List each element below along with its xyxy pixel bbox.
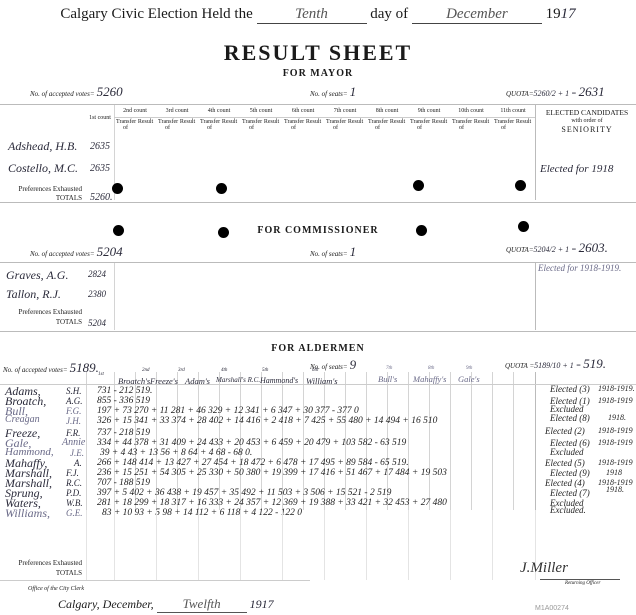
candidate-initials: J.H. <box>66 416 81 426</box>
transfer-header: Transfer of <box>326 119 345 131</box>
archive-id: M1A00274 <box>535 605 569 612</box>
commissioner-count-table: Graves, A.G. 2824 Tallon, R.J. 2380 Pref… <box>0 263 636 330</box>
election-heading: Calgary Civic Election Held the Tenth da… <box>0 6 636 24</box>
transfer-header: Transfer of <box>368 119 387 131</box>
candidate-initials: A. <box>74 458 82 468</box>
mayor-quota: QUOTA=5260/2 + 1 =2631 <box>506 84 605 100</box>
grid-line <box>408 510 409 580</box>
grid-line <box>450 510 451 580</box>
candidate-name: Costello, M.C. <box>8 161 78 176</box>
totals-value: 5204 <box>88 318 106 328</box>
mayor-accepted-votes: No. of accepted votes=5260 <box>30 84 123 100</box>
election-status: Excluded. <box>550 505 586 515</box>
commissioner-accepted-votes: No. of accepted votes=5204 <box>30 244 123 260</box>
transfer-header: Transfer of <box>494 119 513 131</box>
count-progression: 281 + 18 299 + 18 317 + 16 333 + 24 357 … <box>97 498 447 508</box>
count-progression: 737 - 218 519 <box>97 428 150 438</box>
candidate-initials: R.C. <box>66 478 82 488</box>
transfer-header: Transfer of <box>158 119 177 131</box>
candidate-initials: F.J. <box>66 468 79 478</box>
count-header: 2nd count <box>114 108 156 114</box>
election-term: 1918-1919. <box>598 384 635 393</box>
count-header: 8th count <box>366 108 408 114</box>
election-term: 1918-1919 <box>598 458 633 467</box>
punch-hole <box>216 183 227 194</box>
candidate-initials: P.D. <box>66 488 81 498</box>
grid-line <box>492 510 493 580</box>
commissioner-section-title: FOR COMMISSIONER <box>0 225 636 236</box>
first-count-value: 2824 <box>88 269 106 279</box>
election-status: Elected (5) <box>545 458 585 468</box>
commissioner-seats: No. of seats=1 <box>310 244 356 260</box>
transfer-header: Transfer of <box>284 119 303 131</box>
grid-line <box>324 510 325 580</box>
year-suffix: 17 <box>561 6 576 22</box>
result-header: Result <box>387 119 408 125</box>
mayor-count-table: 1st count 2nd count 3rd count 4th count … <box>0 105 636 200</box>
candidate-surname: Williams, <box>5 506 50 521</box>
footer-year: 1917 <box>250 597 274 611</box>
mayor-elected-note: Elected for 1918 <box>540 163 613 175</box>
divider <box>0 331 636 332</box>
transfer-order: 6th <box>312 368 318 373</box>
transfer-order: 3rd <box>178 368 185 373</box>
grid-line <box>535 263 536 330</box>
table-row: Creagan J.H. 326 + 15 341 + 33 374 + 28 … <box>0 416 636 427</box>
transfer-header: Transfer of <box>116 119 135 131</box>
count-progression: 334 + 44 378 + 31 409 + 24 433 + 20 453 … <box>97 438 406 448</box>
candidate-initials: W.B. <box>66 498 83 508</box>
punch-hole <box>112 183 123 194</box>
transfer-column-header: Mahaffy's <box>413 374 446 384</box>
grid-line <box>114 263 115 330</box>
count-progression: 397 + 5 402 + 36 438 + 19 457 + 35 492 +… <box>97 488 391 498</box>
election-status: Elected (2) <box>545 426 585 436</box>
result-header: Result <box>471 119 492 125</box>
divider <box>0 580 310 581</box>
transfer-column-header: Marshall's R.C. <box>216 376 260 384</box>
totals-label: TOTALS <box>0 318 82 326</box>
transfer-column-header: Broatch's <box>118 376 150 386</box>
grid-line <box>366 510 367 580</box>
exhausted-label: Preferences Exhausted <box>0 185 82 193</box>
count-progression: 236 + 15 251 + 54 305 + 25 330 + 50 380 … <box>97 468 447 478</box>
count-progression: 326 + 15 341 + 33 374 + 28 402 + 14 416 … <box>97 416 437 426</box>
result-header: Result <box>219 119 240 125</box>
election-status: Elected (8) <box>550 413 590 423</box>
year-prefix: 19 <box>546 6 561 22</box>
sub-header-row: Transfer of Result Transfer of Result Tr… <box>114 119 535 131</box>
election-status: Elected (9) <box>550 468 590 478</box>
count-header: 9th count <box>408 108 450 114</box>
office-label: Office of the City Clerk <box>28 586 84 592</box>
count-progression: 39 + 4 43 + 13 56 + 8 64 + 4 68 - 68 0. <box>100 448 252 458</box>
first-count-header: 1st count <box>86 115 114 121</box>
mayor-seats: No. of seats=1 <box>310 84 356 100</box>
grid-line <box>535 105 536 200</box>
election-status: Elected (4) <box>545 478 585 488</box>
mayor-section-title: FOR MAYOR <box>0 68 636 79</box>
transfer-column-header: Gale's <box>458 374 480 384</box>
candidate-initials: S.H. <box>66 386 82 396</box>
election-term: 1918 <box>606 468 622 477</box>
count-header: 4th count <box>198 108 240 114</box>
punch-hole <box>413 180 424 191</box>
totals-label: TOTALS <box>0 569 82 577</box>
transfer-column-header: Hammond's <box>260 376 298 385</box>
aldermen-quota: QUOTA =5189/10 + 1 =519. <box>505 356 606 372</box>
result-header: Result <box>345 119 366 125</box>
election-term: 1918. <box>606 485 624 494</box>
count-header: 7th count <box>324 108 366 114</box>
result-header: Result <box>429 119 450 125</box>
footer-day: Twelfth <box>157 596 247 613</box>
election-term: 1918. <box>608 413 626 422</box>
candidate-surname: Creagan <box>5 414 40 425</box>
transfer-column-header: Bull's <box>378 374 397 384</box>
election-status: Elected (7) <box>550 488 590 498</box>
first-count-value: 2635 <box>90 163 110 174</box>
result-header: Result <box>261 119 282 125</box>
election-day: Tenth <box>257 6 367 24</box>
first-count-value: 2380 <box>88 289 106 299</box>
commissioner-quota: QUOTA=5204/2 + 1 =2603. <box>506 240 608 256</box>
count-progression: 855 - 336 519 <box>97 396 150 406</box>
signature-line <box>540 579 620 580</box>
election-term: 1918-1919 <box>598 438 633 447</box>
transfer-order: 1st <box>98 372 104 377</box>
returning-officer-label: Returning Officer <box>565 581 600 586</box>
returning-officer-signature: J.Miller <box>520 560 568 577</box>
empty-grid <box>86 510 536 580</box>
punch-hole <box>515 180 526 191</box>
election-status: Elected (3) <box>550 384 590 394</box>
transfer-header: Transfer of <box>200 119 219 131</box>
transfer-header: Transfer of <box>410 119 429 131</box>
transfer-order: 9th <box>466 366 472 371</box>
transfer-order: 4th <box>221 368 227 373</box>
grid-line <box>198 510 199 580</box>
first-count-value: 2635 <box>90 141 110 152</box>
result-header: Result <box>135 119 156 125</box>
commissioner-elected-note: Elected for 1918-1919. <box>538 263 621 273</box>
count-header: 5th count <box>240 108 282 114</box>
grid-line <box>114 510 115 580</box>
election-term: 1918-1919 <box>598 396 633 405</box>
page-title: RESULT SHEET <box>0 40 636 66</box>
election-status: Excluded <box>550 447 583 457</box>
grid-line <box>282 510 283 580</box>
count-progression: 197 + 73 270 + 11 281 + 46 329 + 12 341 … <box>97 406 359 416</box>
aldermen-section-title: FOR ALDERMEN <box>0 343 636 354</box>
grid-line <box>86 510 87 580</box>
count-progression: 731 - 212 519. <box>97 386 152 396</box>
elected-subheader: with order of <box>538 118 636 124</box>
elected-header: ELECTED CANDIDATES <box>538 108 636 117</box>
transfer-order: 2nd <box>142 368 150 373</box>
footer-date: Calgary, December, Twelfth 1917 <box>58 596 274 613</box>
grid-line <box>240 510 241 580</box>
result-header: Result <box>177 119 198 125</box>
heading-day-of: day of <box>370 6 408 22</box>
election-term: 1918-1919 <box>598 426 633 435</box>
candidate-name: Adshead, H.B. <box>8 139 77 154</box>
seniority-header: SENIORITY <box>538 125 636 134</box>
candidate-initials: G.E. <box>66 508 83 518</box>
election-month: December <box>412 6 542 24</box>
transfer-order: 5th <box>262 368 268 373</box>
transfer-column-header: Adam's <box>185 376 210 386</box>
heading-prefix: Calgary Civic Election Held the <box>60 6 252 22</box>
totals-label: TOTALS <box>0 194 82 202</box>
candidate-initials: Annie <box>62 437 85 448</box>
divider <box>0 202 636 203</box>
grid-line <box>156 510 157 580</box>
candidate-name: Tallon, R.J. <box>6 287 61 302</box>
candidate-initials: J.E. <box>70 448 84 458</box>
count-header: 6th count <box>282 108 324 114</box>
count-header-row: 2nd count 3rd count 4th count 5th count … <box>114 105 535 118</box>
transfer-order: 8th <box>428 366 434 371</box>
transfer-order: 7th <box>386 366 392 371</box>
candidate-name: Graves, A.G. <box>6 268 68 283</box>
count-header: 10th count <box>450 108 492 114</box>
count-header: 11th count <box>492 108 534 114</box>
transfer-column-header: William's <box>306 376 338 386</box>
candidate-initials: A.G. <box>66 396 83 406</box>
exhausted-label: Preferences Exhausted <box>0 559 82 567</box>
result-header: Result <box>303 119 324 125</box>
count-progression: 266 + 148 414 + 13 427 + 27 454 + 18 472… <box>97 458 409 468</box>
transfer-column-header: Freeze's <box>150 376 178 386</box>
transfer-header: Transfer of <box>242 119 261 131</box>
count-progression: 707 - 188 519 <box>97 478 150 488</box>
result-header: Result <box>513 119 534 125</box>
transfer-header: Transfer of <box>452 119 471 131</box>
candidate-initials: F.G. <box>66 406 81 416</box>
exhausted-label: Preferences Exhausted <box>0 308 82 316</box>
count-header: 3rd count <box>156 108 198 114</box>
